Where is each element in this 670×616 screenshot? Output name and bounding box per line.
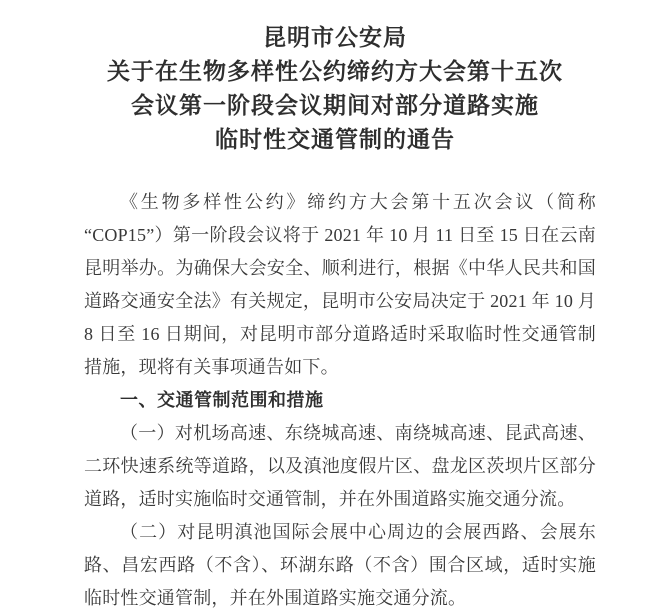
document-title-line-2: 关于在生物多样性公约缔约方大会第十五次 <box>0 54 670 88</box>
document-body: 《生物多样性公约》缔约方大会第十五次会议（简称“COP15”）第一阶段会议将于 … <box>84 186 596 615</box>
paragraph-measure-1: （一）对机场高速、东绕城高速、南绕城高速、昆武高速、二环快速系统等道路，以及滇池… <box>84 417 596 516</box>
document-page: 昆明市公安局 关于在生物多样性公约缔约方大会第十五次 会议第一阶段会议期间对部分… <box>0 0 670 616</box>
document-title-line-1: 昆明市公安局 <box>0 20 670 54</box>
section-heading-traffic-control-scope: 一、交通管制范围和措施 <box>84 384 596 417</box>
document-title-line-3: 会议第一阶段会议期间对部分道路实施 <box>0 88 670 122</box>
paragraph-measure-2: （二）对昆明滇池国际会展中心周边的会展西路、会展东路、昌宏西路（不含）、环湖东路… <box>84 516 596 615</box>
document-title-line-4: 临时性交通管制的通告 <box>0 122 670 156</box>
paragraph-intro: 《生物多样性公约》缔约方大会第十五次会议（简称“COP15”）第一阶段会议将于 … <box>84 186 596 384</box>
document-title: 昆明市公安局 关于在生物多样性公约缔约方大会第十五次 会议第一阶段会议期间对部分… <box>0 0 670 156</box>
